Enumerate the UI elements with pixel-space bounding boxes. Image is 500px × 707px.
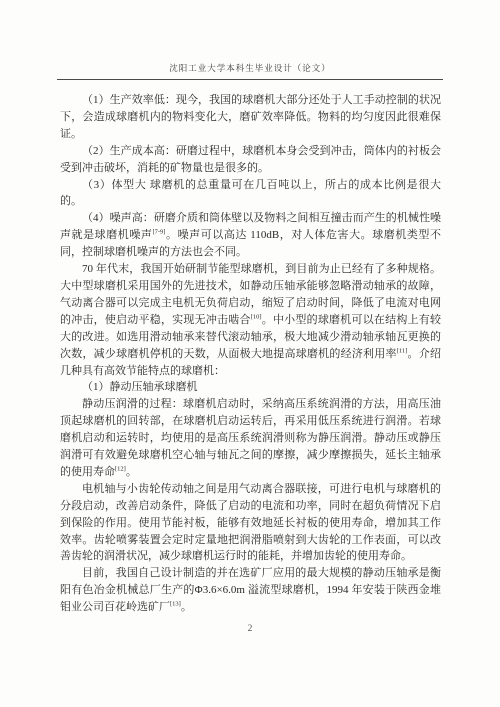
paragraph-text: 目前，我国自己设计制造的并在选矿厂应用的最大规模的静动压轴承是衡阳有色冶金机械总… <box>60 567 441 613</box>
page-header-title: 沈阳工业大学本科生毕业设计（论文） <box>57 62 443 80</box>
paragraph-text: 电机轴与小齿轮传动轴之间是用气动离合器联接，可进行电机与球磨机的分段启动，改善启… <box>60 483 441 563</box>
paragraph-energy-saving-history: 70 年代末，我国开始研制节能型球磨机，到目前为止已经有了多种规格。大中型球磨机… <box>60 261 441 379</box>
citation-ref-11: [11] <box>397 347 408 354</box>
paragraph-motor-clutch: 电机轴与小齿轮传动轴之间是用气动离合器联接，可进行电机与球磨机的分段启动，改善启… <box>60 481 441 566</box>
paragraph-text: （1）静动压轴承球磨机 <box>82 381 198 393</box>
paragraph-text: （2）生产成本高：研磨过程中，球磨机本身会受到冲击，筒体内的衬板会受到冲击破坏，… <box>60 145 441 174</box>
paragraph-lubrication: 静动压润滑的过程：球磨机启动时，采纳高压系统润滑的方法，用高压油顶起球磨机的回转… <box>60 396 441 481</box>
citation-ref-7-9: [7-9] <box>152 229 165 236</box>
paragraph-text: 。 <box>126 466 137 478</box>
paragraph-noise: （4）噪声高：研磨介质和筒体壁以及物料之间相互撞击而产生的机械性噪声就是球磨机噪… <box>60 210 441 261</box>
paragraph-bearing-mill-heading: （1）静动压轴承球磨机 <box>60 379 441 396</box>
paragraph-text: 。 <box>181 601 192 613</box>
paragraph-size: （3）体型大 球磨机的总重量可在几百吨以上，所占的成本比例是很大的。 <box>60 177 441 211</box>
citation-ref-12: [12] <box>115 465 126 472</box>
citation-ref-10: [10] <box>251 313 262 320</box>
paragraph-largest-bearing: 目前，我国自己设计制造的并在选矿厂应用的最大规模的静动压轴承是衡阳有色冶金机械总… <box>60 565 441 616</box>
paragraph-efficiency: （1）生产效率低：现今，我国的球磨机大部分还处于人工手动控制的状况下，会造成球磨… <box>60 92 441 143</box>
citation-ref-13: [13] <box>170 601 181 608</box>
document-page: 沈阳工业大学本科生毕业设计（论文） （1）生产效率低：现今，我国的球磨机大部分还… <box>0 0 500 707</box>
paragraph-cost: （2）生产成本高：研磨过程中，球磨机本身会受到冲击，筒体内的衬板会受到冲击破坏，… <box>60 143 441 177</box>
page-number: 2 <box>0 624 500 634</box>
paragraph-text: （3）体型大 球磨机的总重量可在几百吨以上，所占的成本比例是很大的。 <box>60 179 441 208</box>
paragraph-text: （1）生产效率低：现今，我国的球磨机大部分还处于人工手动控制的状况下，会造成球磨… <box>60 94 441 140</box>
document-body: （1）生产效率低：现今，我国的球磨机大部分还处于人工手动控制的状况下，会造成球磨… <box>60 92 441 616</box>
